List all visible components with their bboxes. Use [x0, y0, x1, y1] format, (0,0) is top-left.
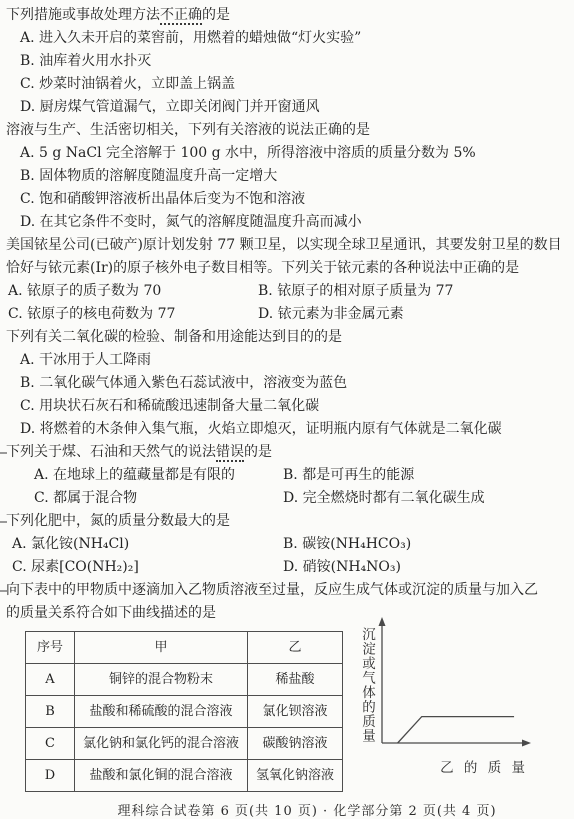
table-cell: 盐酸和氯化铜的混合溶液 [75, 760, 248, 792]
substances-table: 序号 甲 乙 A 铜锌的混合物粉末 稀盐酸 B 盐酸和稀硫酸的混合溶液 氯化钡溶… [25, 631, 343, 792]
table-header-row: 序号 甲 乙 [26, 632, 343, 664]
exam-page: 下列措施或事故处理方法不正确的是 A. 进入久未开启的菜窖前，用燃着的蜡烛做“灯… [0, 0, 574, 819]
table-cell: 铜锌的混合物粉末 [75, 664, 248, 696]
question-number-mark [0, 590, 7, 592]
option-d: D. 将燃着的木条伸入集气瓶，火焰立即熄灭，证明瓶内原有气体就是二氧化碳 [0, 418, 574, 441]
table-cell: C [26, 728, 75, 760]
x-axis-arrow [522, 740, 531, 747]
mass-curve-graph: 沉淀或气体的质量 乙 的 质 量 [359, 617, 532, 780]
question-stem: 下列化肥中，氮的质量分数最大的是 [0, 510, 574, 533]
option-c: C. 都属于混合物 [34, 487, 283, 510]
table-cell: 稀盐酸 [248, 664, 343, 696]
option-d: D. 厨房煤气管道漏气，立即关闭阀门并开窗通风 [0, 96, 574, 119]
table-header-cell: 甲 [75, 632, 248, 664]
question-block-7: 向下表中的甲物质中逐滴加入乙物质溶液至过量，反应生成气体或沉淀的质量与加入乙 的… [0, 579, 574, 792]
option-b: B. 二氧化碳气体通入紫色石蕊试液中，溶液变为蓝色 [0, 372, 574, 395]
table-cell: B [26, 696, 75, 728]
graph-canvas [374, 617, 532, 759]
question-block-6: 下列化肥中，氮的质量分数最大的是 A. 氯化铵(NH₄Cl) B. 碳铵(NH₄… [0, 510, 574, 579]
option-a: A. 氯化铵(NH₄Cl) [12, 533, 283, 556]
option-b: B. 都是可再生的能源 [283, 464, 574, 487]
question-stem: 下列关于煤、石油和天然气的说法错误的是 [0, 441, 574, 464]
option-row: A. 铱原子的质子数为 70 B. 铱原子的相对原子质量为 77 [0, 280, 574, 303]
question-stem-line2: 恰好与铱元素(Ir)的原子核外电子数目相等。下列关于铱元素的各种说法中正确的是 [0, 257, 574, 280]
stem-text: 的是 [202, 7, 230, 23]
table-row: B 盐酸和稀硫酸的混合溶液 氯化钡溶液 [26, 696, 343, 728]
option-d: D. 硝铵(NH₄NO₃) [283, 556, 574, 579]
option-a: A. 在地球上的蕴藏量都是有限的 [34, 464, 283, 487]
question-stem-line1: 向下表中的甲物质中逐滴加入乙物质溶液至过量，反应生成气体或沉淀的质量与加入乙 [0, 579, 574, 602]
option-b: B. 碳铵(NH₄HCO₃) [283, 533, 574, 556]
table-cell: 氢氧化钠溶液 [248, 760, 343, 792]
curve-line [398, 717, 514, 743]
question-block-2: 溶液与生产、生活密切相关，下列有关溶液的说法正确的是 A. 5 g NaCl 完… [0, 119, 574, 234]
option-d: D. 铱元素为非金属元素 [258, 303, 574, 326]
table-row: D 盐酸和氯化铜的混合溶液 氢氧化钠溶液 [26, 760, 343, 792]
table-cell: 氯化钠和氯化钙的混合溶液 [75, 728, 248, 760]
graph-y-axis-label: 沉淀或气体的质量 [359, 627, 374, 780]
option-b: B. 固体物质的溶解度随温度升高一定增大 [0, 165, 574, 188]
option-c: C. 铱原子的核电荷数为 77 [8, 303, 258, 326]
option-row: A. 在地球上的蕴藏量都是有限的 B. 都是可再生的能源 [0, 464, 574, 487]
option-c: C. 尿素[CO(NH₂)₂] [12, 556, 283, 579]
question-block-5: 下列关于煤、石油和天然气的说法错误的是 A. 在地球上的蕴藏量都是有限的 B. … [0, 441, 574, 510]
option-a: A. 5 g NaCl 完全溶解于 100 g 水中，所得溶液中溶质的质量分数为… [0, 142, 574, 165]
table-row: C 氯化钠和氯化钙的混合溶液 碳酸钠溶液 [26, 728, 343, 760]
option-d: D. 在其它条件不变时，氮气的溶解度随温度升高而减小 [0, 211, 574, 234]
table-and-graph-row: 序号 甲 乙 A 铜锌的混合物粉末 稀盐酸 B 盐酸和稀硫酸的混合溶液 氯化钡溶… [0, 631, 574, 792]
option-row: C. 尿素[CO(NH₂)₂] D. 硝铵(NH₄NO₃) [0, 556, 574, 579]
question-block-3: 美国铱星公司(已破产)原计划发射 77 颗卫星，以实现全球卫星通讯，其要发射卫星… [0, 234, 574, 326]
table-cell: 碳酸钠溶液 [248, 728, 343, 760]
option-row: C. 都属于混合物 D. 完全燃烧时都有二氧化碳生成 [0, 487, 574, 510]
table-header-cell: 乙 [248, 632, 343, 664]
question-block-4: 下列有关二氧化碳的检验、制备和用途能达到目的的是 A. 干冰用于人工降雨 B. … [0, 326, 574, 441]
question-stem: 下列措施或事故处理方法不正确的是 [0, 4, 574, 27]
question-stem: 溶液与生产、生活密切相关，下列有关溶液的说法正确的是 [0, 119, 574, 142]
stem-text: 向下表中的甲物质中逐滴加入乙物质溶液至过量，反应生成气体或沉淀的质量与加入乙 [6, 582, 538, 598]
question-stem-line1: 美国铱星公司(已破产)原计划发射 77 颗卫星，以实现全球卫星通讯，其要发射卫星… [0, 234, 574, 257]
graph-x-axis-label: 乙 的 质 量 [374, 757, 532, 780]
table-row: A 铜锌的混合物粉末 稀盐酸 [26, 664, 343, 696]
table-header-cell: 序号 [26, 632, 75, 664]
option-c: C. 炒菜时油锅着火，立即盖上锅盖 [0, 73, 574, 96]
table-cell: 盐酸和稀硫酸的混合溶液 [75, 696, 248, 728]
table-cell: A [26, 664, 75, 696]
option-b: B. 油库着火用水扑灭 [0, 50, 574, 73]
option-row: A. 氯化铵(NH₄Cl) B. 碳铵(NH₄HCO₃) [0, 533, 574, 556]
option-c: C. 用块状石灰石和稀硫酸迅速制备大量二氧化碳 [0, 395, 574, 418]
table-cell: D [26, 760, 75, 792]
stem-text: 下列措施或事故处理方法 [6, 7, 160, 23]
stem-text: 下列关于煤、石油和天然气的说法 [6, 444, 216, 460]
question-number-mark [0, 452, 7, 454]
stem-text: 的是 [244, 444, 272, 460]
option-a: A. 进入久未开启的菜窖前，用燃着的蜡烛做“灯火实验” [0, 27, 574, 50]
stem-text: 下列化肥中，氮的质量分数最大的是 [6, 513, 230, 529]
option-c: C. 饱和硝酸钾溶液析出晶体后变为不饱和溶液 [0, 188, 574, 211]
page-footer: 理科综合试卷第 6 页(共 10 页) · 化学部分第 2 页(共 4 页) [0, 800, 574, 819]
graph-plot-column: 乙 的 质 量 [374, 617, 532, 780]
option-a: A. 铱原子的质子数为 70 [8, 280, 258, 303]
question-block-1: 下列措施或事故处理方法不正确的是 A. 进入久未开启的菜窖前，用燃着的蜡烛做“灯… [0, 4, 574, 119]
question-stem: 下列有关二氧化碳的检验、制备和用途能达到目的的是 [0, 326, 574, 349]
question-number-mark [0, 521, 7, 523]
option-d: D. 完全燃烧时都有二氧化碳生成 [283, 487, 574, 510]
stem-emphasized-text: 错误 [216, 444, 244, 462]
stem-emphasized-text: 不正确 [160, 7, 202, 25]
question-stem-line2: 的质量关系符合如下曲线描述的是 [0, 602, 574, 625]
table-cell: 氯化钡溶液 [248, 696, 343, 728]
option-b: B. 铱原子的相对原子质量为 77 [258, 280, 574, 303]
option-row: C. 铱原子的核电荷数为 77 D. 铱元素为非金属元素 [0, 303, 574, 326]
option-a: A. 干冰用于人工降雨 [0, 349, 574, 372]
